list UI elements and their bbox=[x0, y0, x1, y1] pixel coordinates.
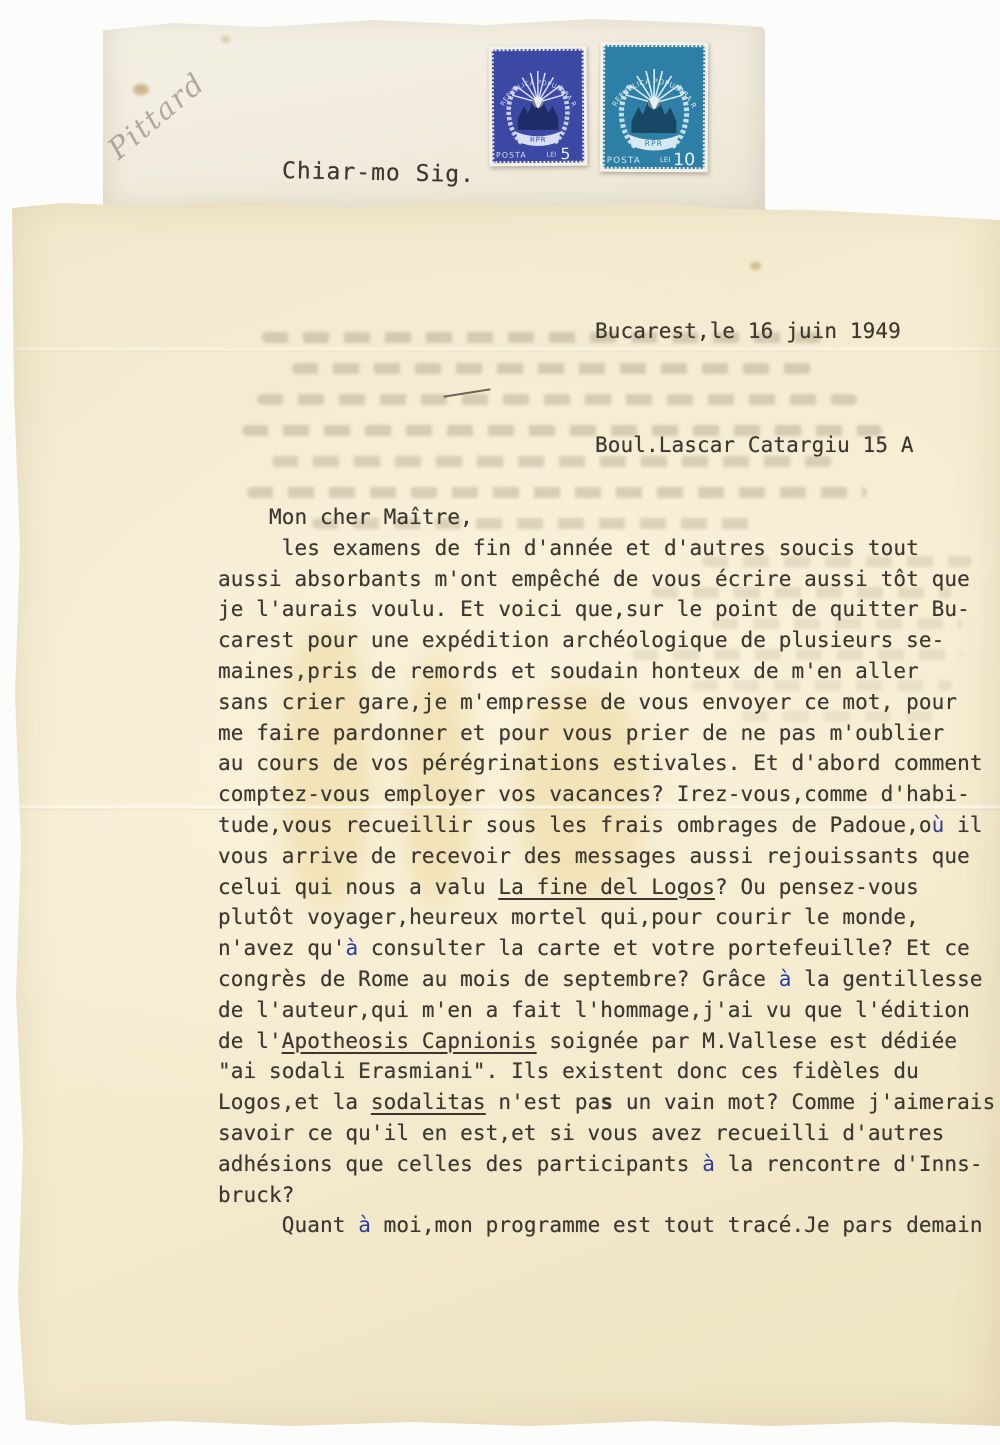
pencil-annotation: Pittard bbox=[101, 66, 212, 166]
letter-line: de l'auteur,qui m'en a fait l'hommage,j'… bbox=[218, 995, 995, 1026]
letter-line: Logos,et la sodalitas n'est pas un vain … bbox=[218, 1087, 995, 1118]
letter-line: tude,vous recueillir sous les frais ombr… bbox=[218, 810, 995, 841]
letter-line: carest pour une expédition archéologique… bbox=[218, 625, 995, 656]
letter-line: "ai sodali Erasmiani". Ils existent donc… bbox=[218, 1056, 995, 1087]
stamp-motto: RPR bbox=[645, 139, 663, 148]
letter-line: savoir ce qu'il en est,et si vous avez r… bbox=[218, 1118, 995, 1149]
letter-line: vous arrive de recevoir des messages aus… bbox=[218, 841, 995, 872]
foxing-stain bbox=[221, 36, 230, 43]
foxing-stain bbox=[133, 84, 149, 95]
stamp-artwork: REPUBLICA POPULARA ROMANA RPR POSTA LEI … bbox=[492, 49, 585, 164]
letter-line: adhésions que celles des participants à … bbox=[218, 1149, 995, 1180]
letter-line: me faire pardonner et pour vous prier de… bbox=[218, 718, 995, 749]
scanned-letter: Pittard Chiar-mo Sig. REPUBLICA POPULARA… bbox=[0, 0, 1000, 1445]
letter-date-line: Bucarest,le 16 juin 1949 bbox=[595, 312, 914, 350]
letter-line: n'avez qu'à consulter la carte et votre … bbox=[218, 933, 995, 964]
letter-page: Bucarest,le 16 juin 1949 Boul.Lascar Cat… bbox=[12, 196, 1000, 1428]
letter-line: au cours de vos pérégrinations estivales… bbox=[218, 748, 995, 779]
letter-line: je l'aurais voulu. Et voici que,sur le p… bbox=[218, 594, 995, 625]
stamp-posta-label: POSTA bbox=[496, 151, 527, 160]
letter-body: Mon cher Maître, les examens de fin d'an… bbox=[218, 502, 995, 1241]
letter-line: bruck? bbox=[218, 1180, 995, 1211]
stamp-denomination: 5 bbox=[560, 144, 570, 163]
letter-line: comptez-vous employer vos vacances? Irez… bbox=[218, 779, 995, 810]
letter-line: celui qui nous a valu La fine del Logos?… bbox=[218, 872, 995, 903]
letter-line: sans crier gare,je m'empresse de vous en… bbox=[218, 687, 995, 718]
letter-line: Mon cher Maître, bbox=[218, 502, 995, 533]
postage-stamp-10-lei: REPUBLICA POPULARA ROMANA RPR POSTA LEI … bbox=[600, 42, 709, 173]
postage-stamp-5-lei: REPUBLICA POPULARA ROMANA RPR POSTA LEI … bbox=[489, 46, 588, 167]
letter-line: les examens de fin d'année et d'autres s… bbox=[218, 533, 995, 564]
envelope-address-line: Chiar-mo Sig. bbox=[282, 158, 476, 188]
stamp-posta-label: POSTA bbox=[607, 156, 641, 166]
letter-sender-address: Boul.Lascar Catargiu 15 A bbox=[595, 426, 914, 464]
stamp-currency-label: LEI bbox=[547, 150, 557, 158]
letter-line: plutôt voyager,heureux mortel qui,pour c… bbox=[218, 902, 995, 933]
stamp-artwork: REPUBLICA POPULARA ROMANA RPR POSTA LEI … bbox=[603, 45, 706, 170]
stamp-currency-label: LEI bbox=[660, 155, 671, 164]
letter-line: Quant à moi,mon programme est tout tracé… bbox=[218, 1210, 995, 1241]
stamp-denomination: 10 bbox=[673, 150, 695, 169]
letter-line: congrès de Rome au mois de septembre? Gr… bbox=[218, 964, 995, 995]
letter-line: de l'Apotheosis Capnionis soignée par M.… bbox=[218, 1026, 995, 1057]
letter-line: aussi absorbants m'ont empêché de vous é… bbox=[218, 564, 995, 595]
stamp-motto: RPR bbox=[530, 136, 547, 144]
letter-line: maines,pris de remords et soudain honteu… bbox=[218, 656, 995, 687]
envelope-fragment: Pittard Chiar-mo Sig. REPUBLICA POPULARA… bbox=[103, 14, 765, 212]
